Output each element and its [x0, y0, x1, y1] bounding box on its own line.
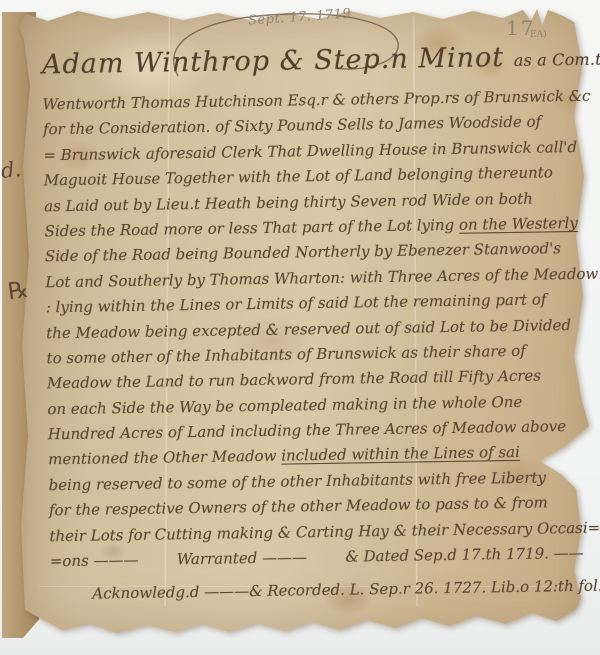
text-segment: Lot and Southerly by Thomas Wharton: wit… — [45, 264, 598, 291]
text-segment: Meadow the Land to run backword from the… — [47, 367, 541, 393]
text-segment: Adam Winthrop & Step.n Minot — [42, 42, 514, 80]
text-segment: Maguoit House Together with the Lot of L… — [44, 163, 553, 189]
text-segment: Wentworth Thomas Hutchinson Esq.r & othe… — [42, 87, 590, 114]
text-segment: on the Westerly — [459, 214, 578, 234]
text-segment: Warranted ——— — [177, 545, 308, 572]
text-segment: the Meadow being excepted & reserved out… — [46, 316, 571, 342]
text-segment: on each Side the Way be compleated makin… — [47, 393, 522, 418]
document-scan: Sept. 17. 1719 17 EA) d. ℞ Adam Winthrop… — [0, 0, 600, 655]
text-segment: =ons ——— — [50, 548, 139, 575]
text-segment: Side of the Road being Bounded Northerly… — [45, 240, 561, 266]
text-segment: & Recorded. L. Sep.r 26. 1727. Lib.o 12:… — [249, 573, 600, 605]
margin-letter-mark: d. — [0, 157, 22, 183]
text-segment: for the Consideration. of Sixty Pounds S… — [43, 113, 541, 139]
text-segment: their Lots for Cutting making & Carting … — [49, 518, 600, 545]
text-segment: being reserved to some of the other Inha… — [48, 468, 546, 494]
text-segment: Sides the Road more or less That part of… — [44, 216, 459, 241]
text-line: Adam Winthrop & Step.n Minot as a Com.te… — [42, 30, 591, 93]
text-segment: Acknowledg.d ——— — [92, 580, 249, 608]
text-segment: & Dated Sep.d 17.th 1719. —— — [345, 541, 584, 570]
text-segment: = Brunswick aforesaid Clerk That Dwellin… — [43, 138, 577, 164]
text-segment: for the respective Owners of the other M… — [49, 494, 548, 520]
margin-paragraph-mark: ℞ — [6, 277, 30, 306]
text-segment: to some other of the Inhabitants of Brun… — [46, 342, 525, 368]
text-segment: as a Com.tee of John — [514, 48, 600, 70]
text-segment: Hundred Acres of Land including the Thre… — [48, 417, 567, 443]
text-segment: included within the Lines of sai — [281, 443, 520, 465]
text-segment: as Laid out by Lieu.t Heath being thirty… — [44, 189, 533, 215]
document-text: Adam Winthrop & Step.n Minot as a Com.te… — [42, 30, 599, 608]
text-segment: : lying within the Lines or Limits of sa… — [46, 291, 547, 317]
text-segment: mentioned the Other Meadow — [48, 447, 281, 469]
